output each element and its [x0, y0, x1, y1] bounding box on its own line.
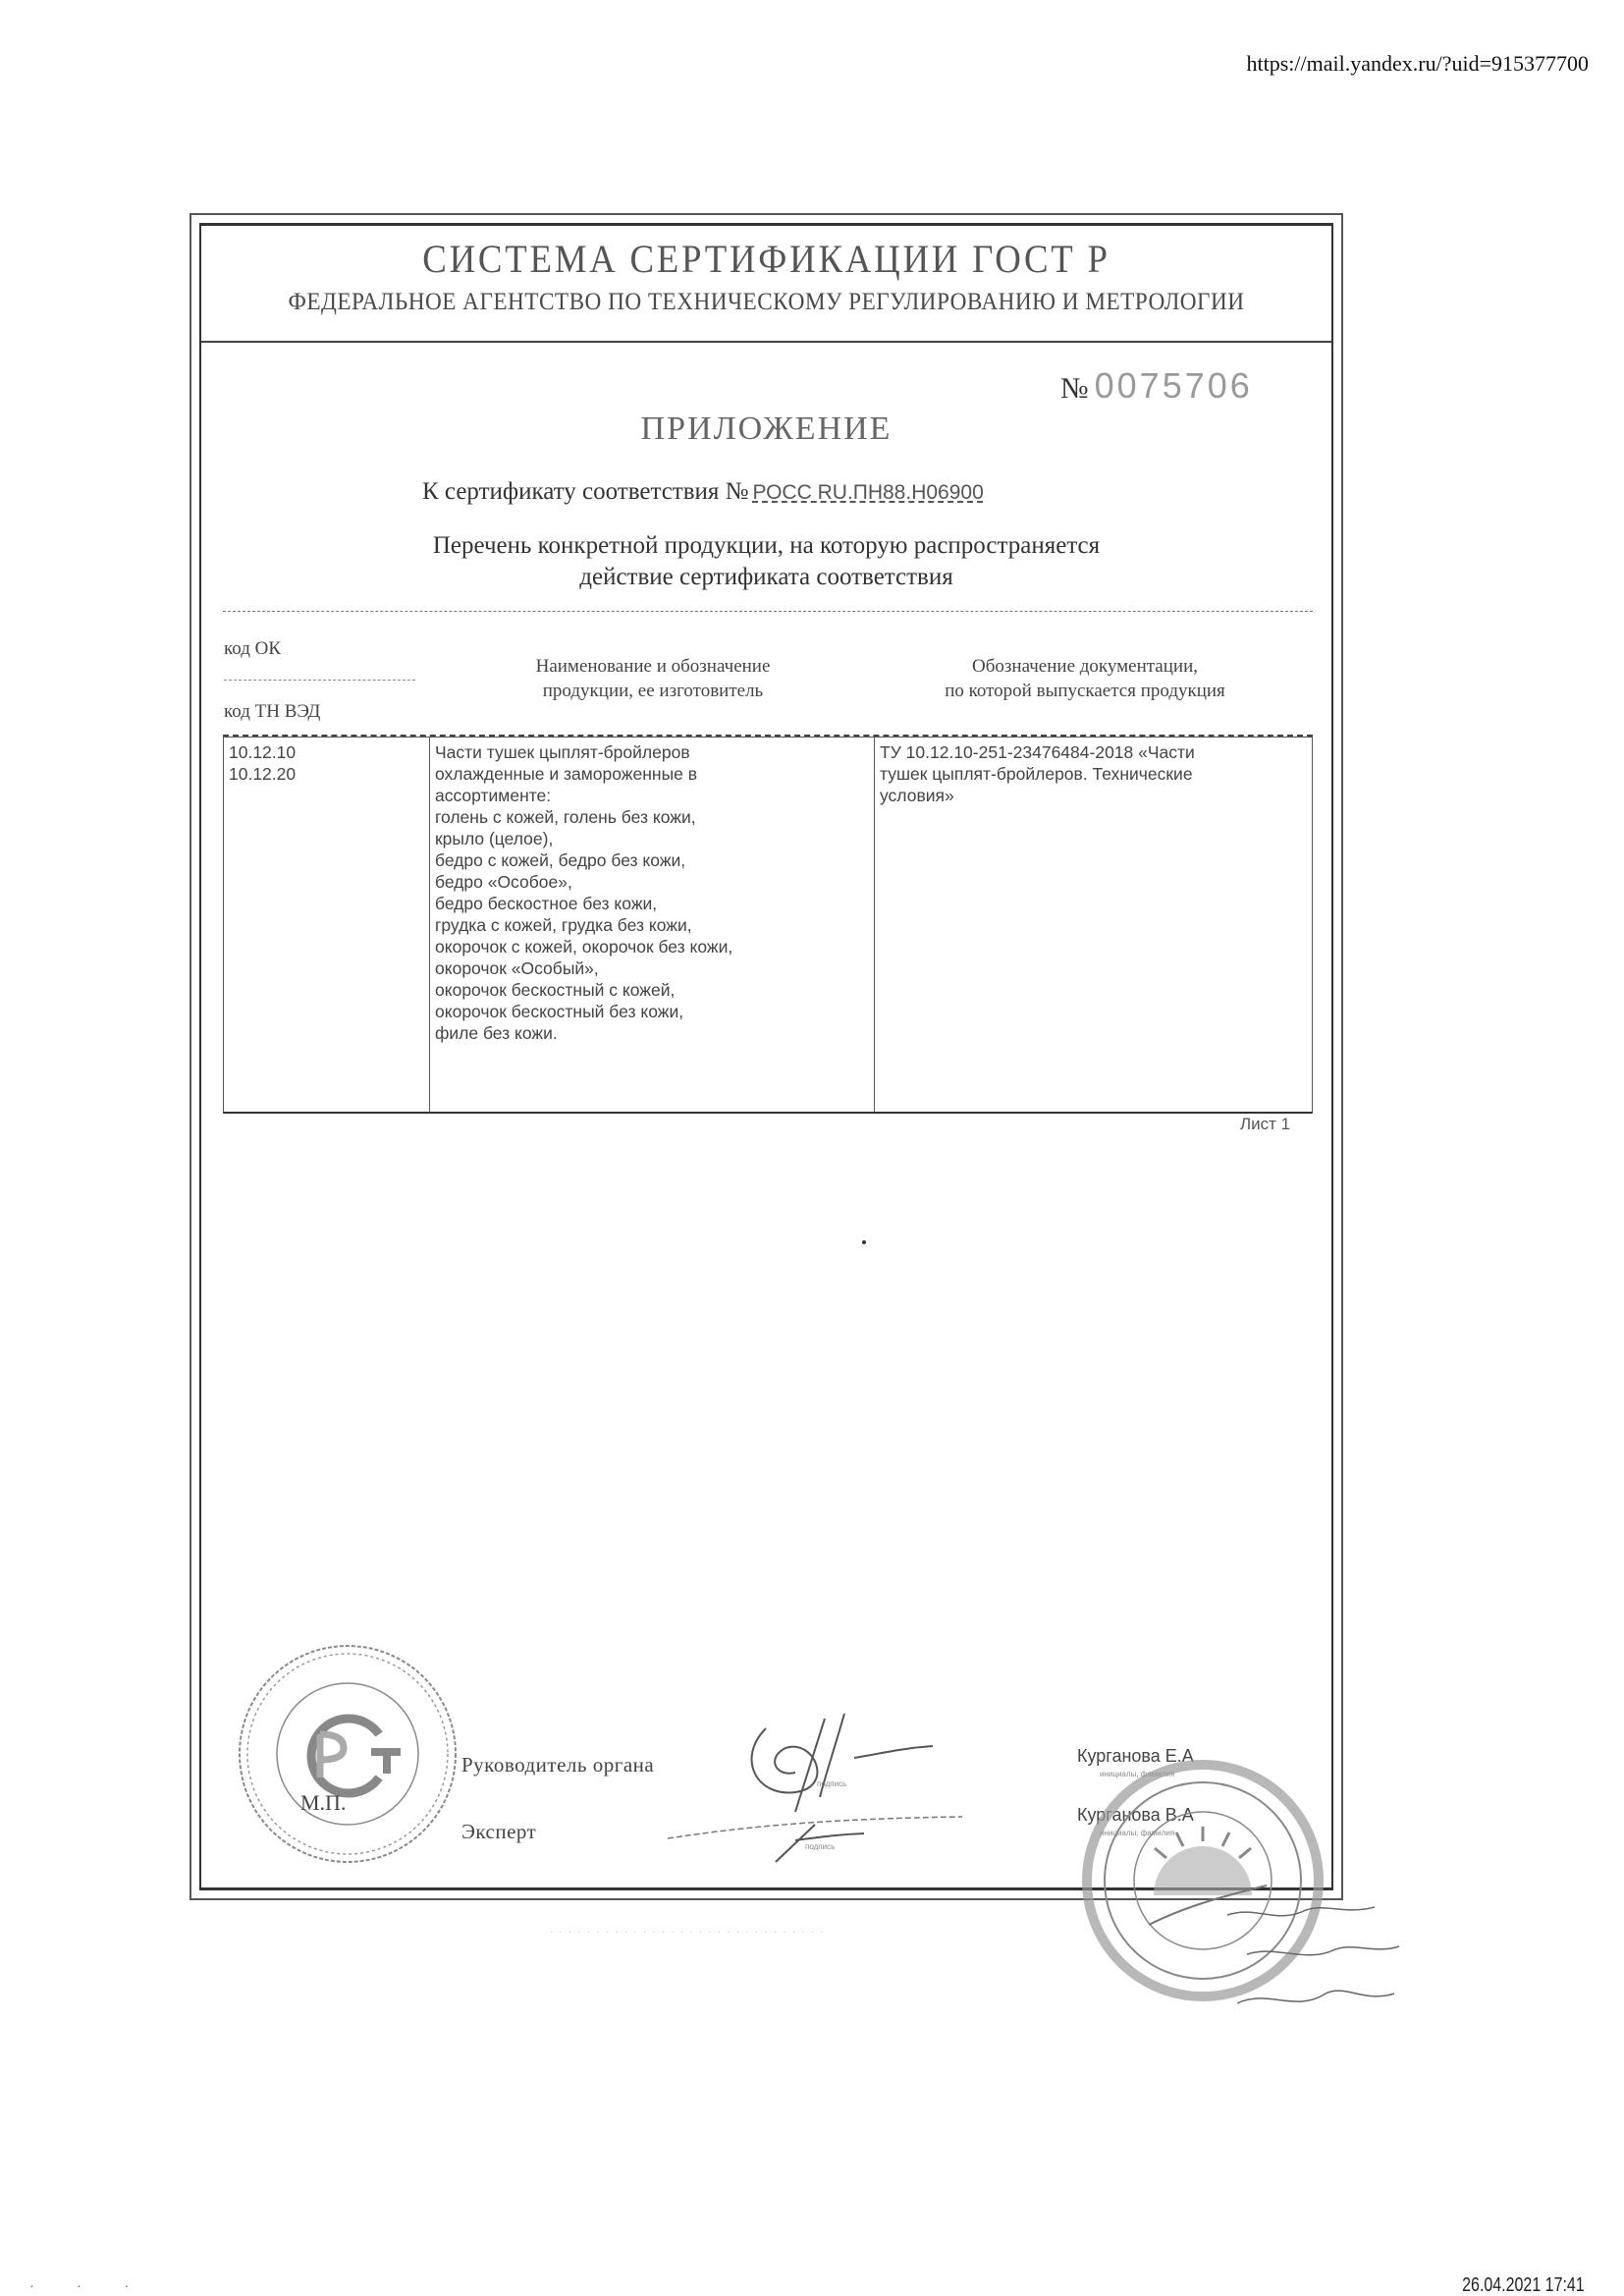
header-product-name-line-2: продукции, ее изготовитель [457, 679, 849, 703]
scope-text-line-1: Перечень конкретной продукции, на котору… [201, 532, 1331, 560]
header-documentation-line-2: по которой выпускается продукция [864, 679, 1306, 703]
product-line: грудка с кожей, грудка без кожи, [435, 914, 869, 936]
header-code-divider [224, 680, 415, 681]
expert-label: Эксперт [461, 1820, 536, 1844]
code-value: 10.12.10 [229, 741, 424, 763]
appendix-title: ПРИЛОЖЕНИЕ [201, 410, 1331, 448]
header-code-tn-ved: код ТН ВЭД [224, 701, 320, 723]
product-cell: Части тушек цыплят-бройлеров охлажденные… [430, 738, 875, 1112]
form-footer-microtext: · · · · · · · · · · · · · · · · · · · · … [550, 1927, 825, 1937]
agency-title: ФЕДЕРАЛЬНОЕ АГЕНТСТВО ПО ТЕХНИЧЕСКОМУ РЕ… [241, 289, 1291, 316]
product-line: крыло (целое), [435, 828, 869, 849]
codes-cell: 10.12.10 10.12.20 [224, 738, 430, 1112]
scope-text-line-2: действие сертификата соответствия [201, 564, 1331, 591]
product-table: 10.12.10 10.12.20 Части тушек цыплят-бро… [223, 737, 1313, 1114]
certification-body-stamp-icon [234, 1640, 461, 1868]
header-code-ok: код ОК [224, 638, 281, 660]
header-product-name-line-1: Наименование и обозначение [457, 654, 849, 679]
signature-sublabel: подпись [817, 1779, 846, 1788]
handwritten-note-icon [1218, 1895, 1414, 2033]
page-url: https://mail.yandex.ru/?uid=915377700 [1247, 51, 1589, 77]
form-number-value: 0075706 [1095, 365, 1253, 406]
product-line: окорочок с кожей, окорочок без кожи, [435, 936, 869, 957]
product-line: окорочок бескостный без кожи, [435, 1001, 869, 1022]
product-line: окорочок бескостный с кожей, [435, 979, 869, 1001]
certificate-reference-label: К сертификату соответствия № [422, 478, 749, 505]
stamp-placeholder-label: М.П. [300, 1790, 346, 1816]
product-line: голень с кожей, голень без кожи, [435, 806, 869, 828]
sheet-number: Лист 1 [1240, 1115, 1290, 1134]
product-line: филе без кожи. [435, 1022, 869, 1044]
product-line: бедро бескостное без кожи, [435, 893, 869, 914]
product-line: бедро с кожей, бедро без кожи, [435, 849, 869, 871]
documentation-line: условия» [880, 785, 1307, 806]
number-sign: № [1060, 372, 1089, 405]
product-line: ассортименте: [435, 785, 869, 806]
form-number: №0075706 [1060, 365, 1253, 407]
expert-signature-icon [668, 1797, 982, 1866]
header-divider [201, 341, 1331, 343]
product-line: Части тушек цыплят-бройлеров [435, 741, 869, 763]
header-documentation-line-1: Обозначение документации, [864, 654, 1306, 679]
certificate-reference-number: РОСС RU.ПН88.Н06900 [753, 481, 984, 504]
signature-sublabel: подпись [805, 1842, 835, 1851]
documentation-cell: ТУ 10.12.10-251-23476484-2018 «Части туш… [875, 738, 1312, 1112]
product-line: окорочок «Особый», [435, 957, 869, 979]
product-line: охлажденные и замороженные в [435, 763, 869, 785]
documentation-line: тушек цыплят-бройлеров. Технические [880, 763, 1307, 785]
header-documentation: Обозначение документации, по которой вып… [864, 654, 1306, 703]
certificate-reference: К сертификату соответствия №РОСС RU.ПН88… [422, 478, 984, 506]
header-product-name: Наименование и обозначение продукции, ее… [457, 654, 849, 703]
certification-system-title: СИСТЕМА СЕРТИФИКАЦИИ ГОСТ Р [246, 236, 1286, 282]
print-timestamp: 26.04.2021 17:41 [1462, 2274, 1585, 2296]
head-of-body-label: Руководитель органа [461, 1753, 654, 1777]
documentation-line: ТУ 10.12.10-251-23476484-2018 «Части [880, 741, 1307, 763]
table-top-divider [223, 611, 1313, 612]
product-line: бедро «Особое», [435, 871, 869, 893]
scan-speck [862, 1240, 866, 1244]
page-footer-marks: · · · [29, 2280, 148, 2296]
code-value: 10.12.20 [229, 763, 424, 785]
